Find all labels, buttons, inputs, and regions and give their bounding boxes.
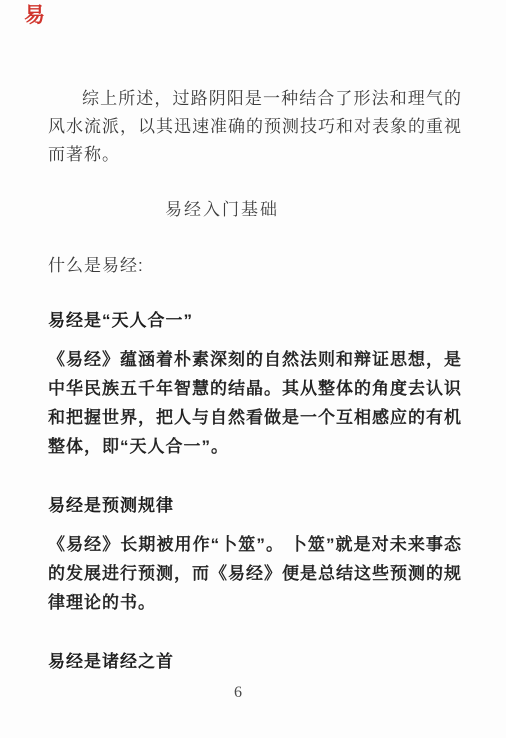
heading-yuce-guilv: 易经是预测规律 [48,491,462,516]
intro-paragraph: 综上所述，过路阴阳是一种结合了形法和理气的风水流派，以其迅速准确的预测技巧和对表… [48,85,462,169]
paragraph-tianren-heyi: 《易经》蕴涵着朴素深刻的自然法则和辩证思想，是中华民族五千年智慧的结晶。其从整体… [48,345,462,461]
ebook-page: 易 综上所述，过路阴阳是一种结合了形法和理气的风水流派，以其迅速准确的预测技巧和… [0,0,506,738]
section-title: 易经入门基础 [165,195,462,220]
question-line: 什么是易经: [48,251,462,276]
heading-zhujing-zhishou: 易经是诸经之首 [48,647,462,672]
heading-tianren-heyi: 易经是“天人合一” [48,306,462,331]
page-content: 综上所述，过路阴阳是一种结合了形法和理气的风水流派，以其迅速准确的预测技巧和对表… [48,0,462,672]
page-number: 6 [0,684,476,702]
red-seal-logo-icon: 易 [24,5,45,26]
paragraph-yuce-guilv: 《易经》长期被用作“卜筮”。 卜筮”就是对未来事态的发展进行预测，而《易经》便是… [48,530,462,617]
